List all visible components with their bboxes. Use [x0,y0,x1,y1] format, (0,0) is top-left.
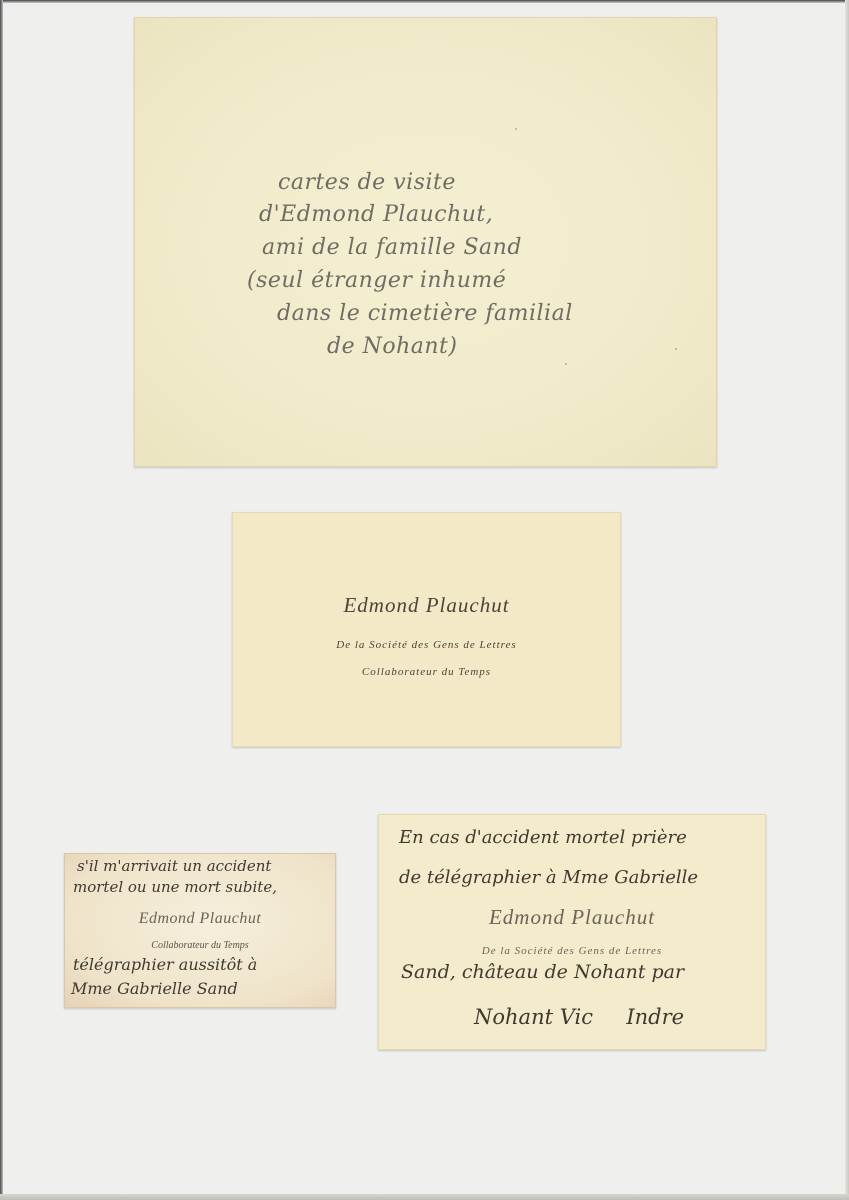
handwritten-line: Nohant Vic Indre [474,1005,684,1029]
envelope-annotation-line: (seul étranger inhumé [247,268,506,293]
envelope-annotation-line: de Nohant) [327,334,457,359]
card-name: Edmond Plauchut [65,910,335,928]
card-name: Edmond Plauchut [233,593,620,618]
envelope-annotation-line: cartes de visite [278,170,456,195]
large-annotated-card: En cas d'accident mortel prière de télég… [378,814,766,1050]
card-role: Collaborateur du Temps [65,940,335,951]
envelope: cartes de visite d'Edmond Plauchut, ami … [134,17,717,467]
envelope-annotation-line: d'Edmond Plauchut, [259,202,493,227]
handwritten-line: s'il m'arrivait un accident [77,857,271,875]
paper-speck [515,128,517,130]
envelope-annotation-line: dans le cimetière familial [277,301,573,326]
card-name: Edmond Plauchut [379,905,765,930]
scan-edge-bottom [0,1194,849,1200]
handwritten-line: Mme Gabrielle Sand [71,979,238,998]
envelope-annotation-line: ami de la famille Sand [262,235,522,260]
handwritten-line: de télégraphier à Mme Gabrielle [399,867,698,888]
handwritten-line: mortel ou une mort subite, [73,878,277,896]
scan-edge-right [845,0,849,1200]
card-affiliation: De la Société des Gens de Lettres [379,945,765,957]
handwritten-line: En cas d'accident mortel prière [399,827,687,848]
card-role: Collaborateur du Temps [233,666,620,678]
paper-speck [675,348,677,350]
scan-edge-left [0,0,3,1200]
handwritten-line: Sand, château de Nohant par [401,961,684,983]
scan-edge-top [0,0,849,3]
card-affiliation: De la Société des Gens de Lettres [233,639,620,651]
paper-speck [565,363,567,365]
small-annotated-card: s'il m'arrivait un accident mortel ou un… [64,853,336,1008]
printed-visiting-card: Edmond Plauchut De la Société des Gens d… [232,512,621,747]
handwritten-line: télégraphier aussitôt à [73,955,257,974]
